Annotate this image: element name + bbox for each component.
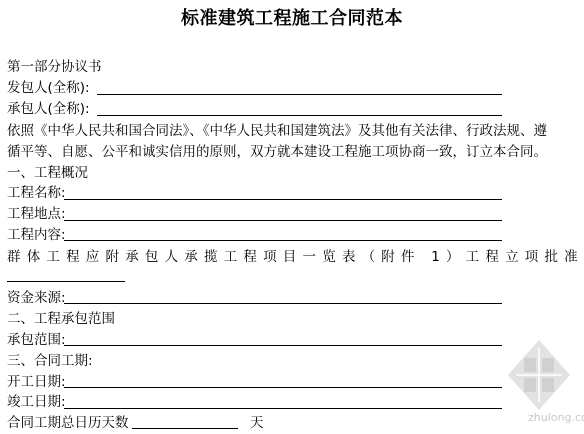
section-1-heading: 一、工程概况 bbox=[7, 164, 88, 182]
scope-field[interactable] bbox=[64, 345, 502, 346]
project-content-label: 工程内容: bbox=[7, 226, 66, 244]
document-title: 标准建筑工程施工合同范本 bbox=[0, 4, 584, 30]
total-days-label: 合同工期总日历天数 bbox=[7, 414, 129, 432]
days-unit: 天 bbox=[250, 414, 264, 432]
funding-field[interactable] bbox=[64, 303, 502, 304]
part1-heading: 第一部分协议书 bbox=[7, 58, 102, 76]
section-3-heading: 三、合同工期: bbox=[7, 352, 93, 370]
completion-date-label: 竣工日期: bbox=[7, 393, 66, 411]
start-date-field[interactable] bbox=[64, 387, 502, 388]
project-name-field[interactable] bbox=[64, 199, 502, 200]
total-days-field[interactable] bbox=[132, 428, 238, 429]
watermark-text: zhulong.com bbox=[528, 411, 584, 424]
watermark-logo-icon bbox=[508, 340, 570, 410]
funding-label: 资金来源: bbox=[7, 289, 66, 307]
preamble-line-2: 循平等、自愿、公平和诚实信用的原则，双方就本建设工程施工项协商一致，订立本合同。 bbox=[7, 143, 547, 161]
group-project-text: 群体工程应附承包人承揽工程项目一览表（附件 1）工程立项批准文号: bbox=[7, 248, 584, 266]
contractor-label: 承包人(全称): bbox=[7, 100, 90, 118]
scope-label: 承包范围: bbox=[7, 331, 66, 349]
project-location-label: 工程地点: bbox=[7, 205, 66, 223]
start-date-label: 开工日期: bbox=[7, 373, 66, 391]
employer-label: 发包人(全称): bbox=[7, 79, 90, 97]
approval-number-field[interactable] bbox=[7, 281, 125, 282]
employer-field[interactable] bbox=[97, 94, 502, 95]
project-location-field[interactable] bbox=[64, 220, 502, 221]
project-content-field[interactable] bbox=[64, 240, 502, 241]
project-name-label: 工程名称: bbox=[7, 184, 66, 202]
contractor-field[interactable] bbox=[97, 115, 502, 116]
section-2-heading: 二、工程承包范围 bbox=[7, 310, 115, 328]
completion-date-field[interactable] bbox=[64, 408, 502, 409]
preamble-line-1: 依照《中华人民共和国合同法》、《中华人民共和国建筑法》及其他有关法律、行政法规、… bbox=[7, 122, 547, 140]
